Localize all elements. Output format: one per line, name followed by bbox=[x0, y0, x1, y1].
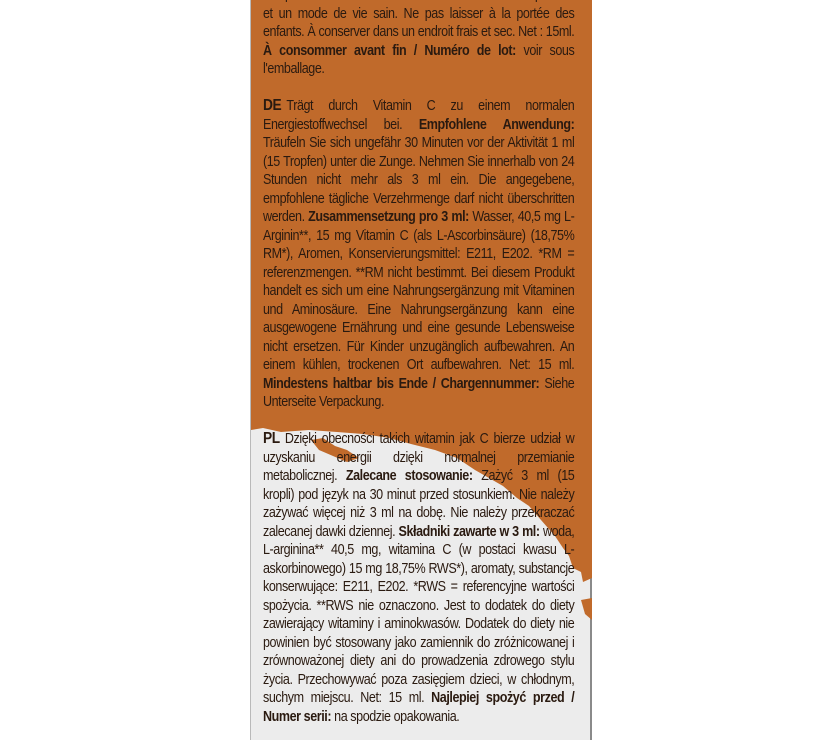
pl-expiry-text: na spodzie opakowania. bbox=[331, 709, 459, 725]
de-lang-code: DE bbox=[263, 97, 281, 114]
pl-composition-label: Składniki zawarte w 3 ml: bbox=[399, 524, 540, 540]
label-text: doit pas se substituer à une alimentatio… bbox=[263, 0, 574, 726]
pl-composition-text: woda, L-arginina** 40,5 mg, witamina C (… bbox=[263, 524, 574, 707]
de-expiry-label: Mindestens haltbar bis Ende / Chargennum… bbox=[263, 376, 539, 392]
pl-section: PLDzięki obecności takich witamin jak C … bbox=[263, 430, 574, 726]
pl-usage-label: Zalecane stosowanie: bbox=[346, 468, 473, 484]
fr-text: doit pas se substituer à une alimentatio… bbox=[263, 0, 574, 3]
pl-lang-code: PL bbox=[263, 430, 280, 447]
de-usage-label: Empfohlene Anwendung: bbox=[419, 117, 574, 133]
de-composition-label: Zusammensetzung pro 3 ml: bbox=[308, 209, 469, 225]
de-section: DETrägt durch Vitamin C zu einem normale… bbox=[263, 97, 574, 412]
fr-expiry-label: À consommer avant fin / Numéro de lot: bbox=[263, 43, 516, 59]
fr-text-2: et un mode de vie sain. Ne pas laisser à… bbox=[263, 6, 574, 41]
fr-section: doit pas se substituer à une alimentatio… bbox=[263, 0, 574, 79]
de-composition-text: Wasser, 40,5 mg L-Arginin**, 15 mg Vitam… bbox=[263, 209, 574, 373]
product-label-panel: doit pas se substituer à une alimentatio… bbox=[250, 0, 592, 740]
